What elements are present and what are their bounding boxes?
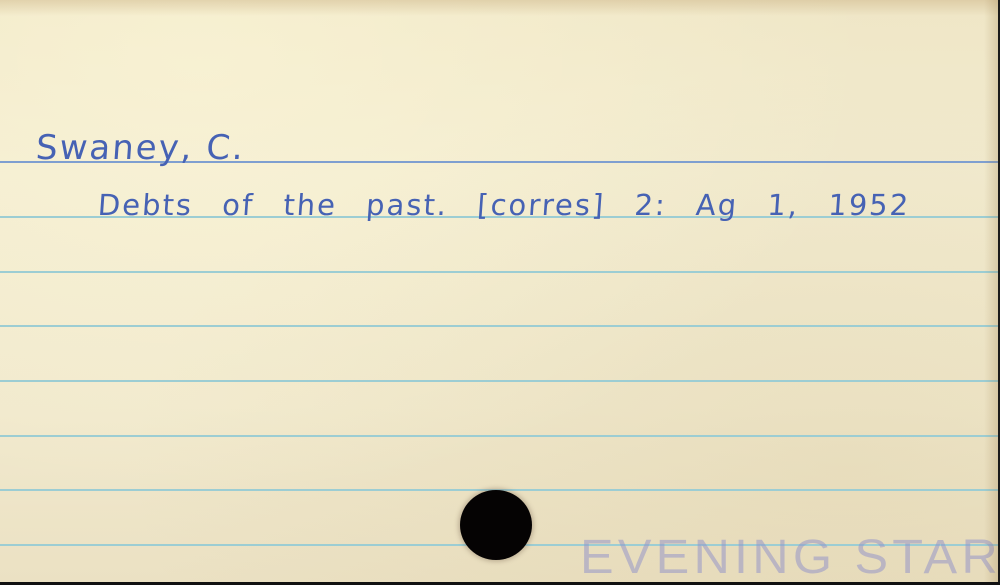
ruled-line	[0, 271, 998, 273]
punch-hole	[460, 490, 532, 560]
ruled-line	[0, 380, 998, 382]
ruled-line	[0, 325, 998, 327]
ruled-line	[0, 435, 998, 437]
index-card: Swaney, C. Debts of the past. [corres] 2…	[0, 0, 998, 582]
entry-description: Debts of the past. [corres] 2: Ag 1, 195…	[97, 188, 912, 222]
publication-stamp: EVENING STAR	[580, 530, 998, 582]
card-top-shading	[0, 0, 998, 16]
author-heading: Swaney, C.	[35, 128, 247, 168]
